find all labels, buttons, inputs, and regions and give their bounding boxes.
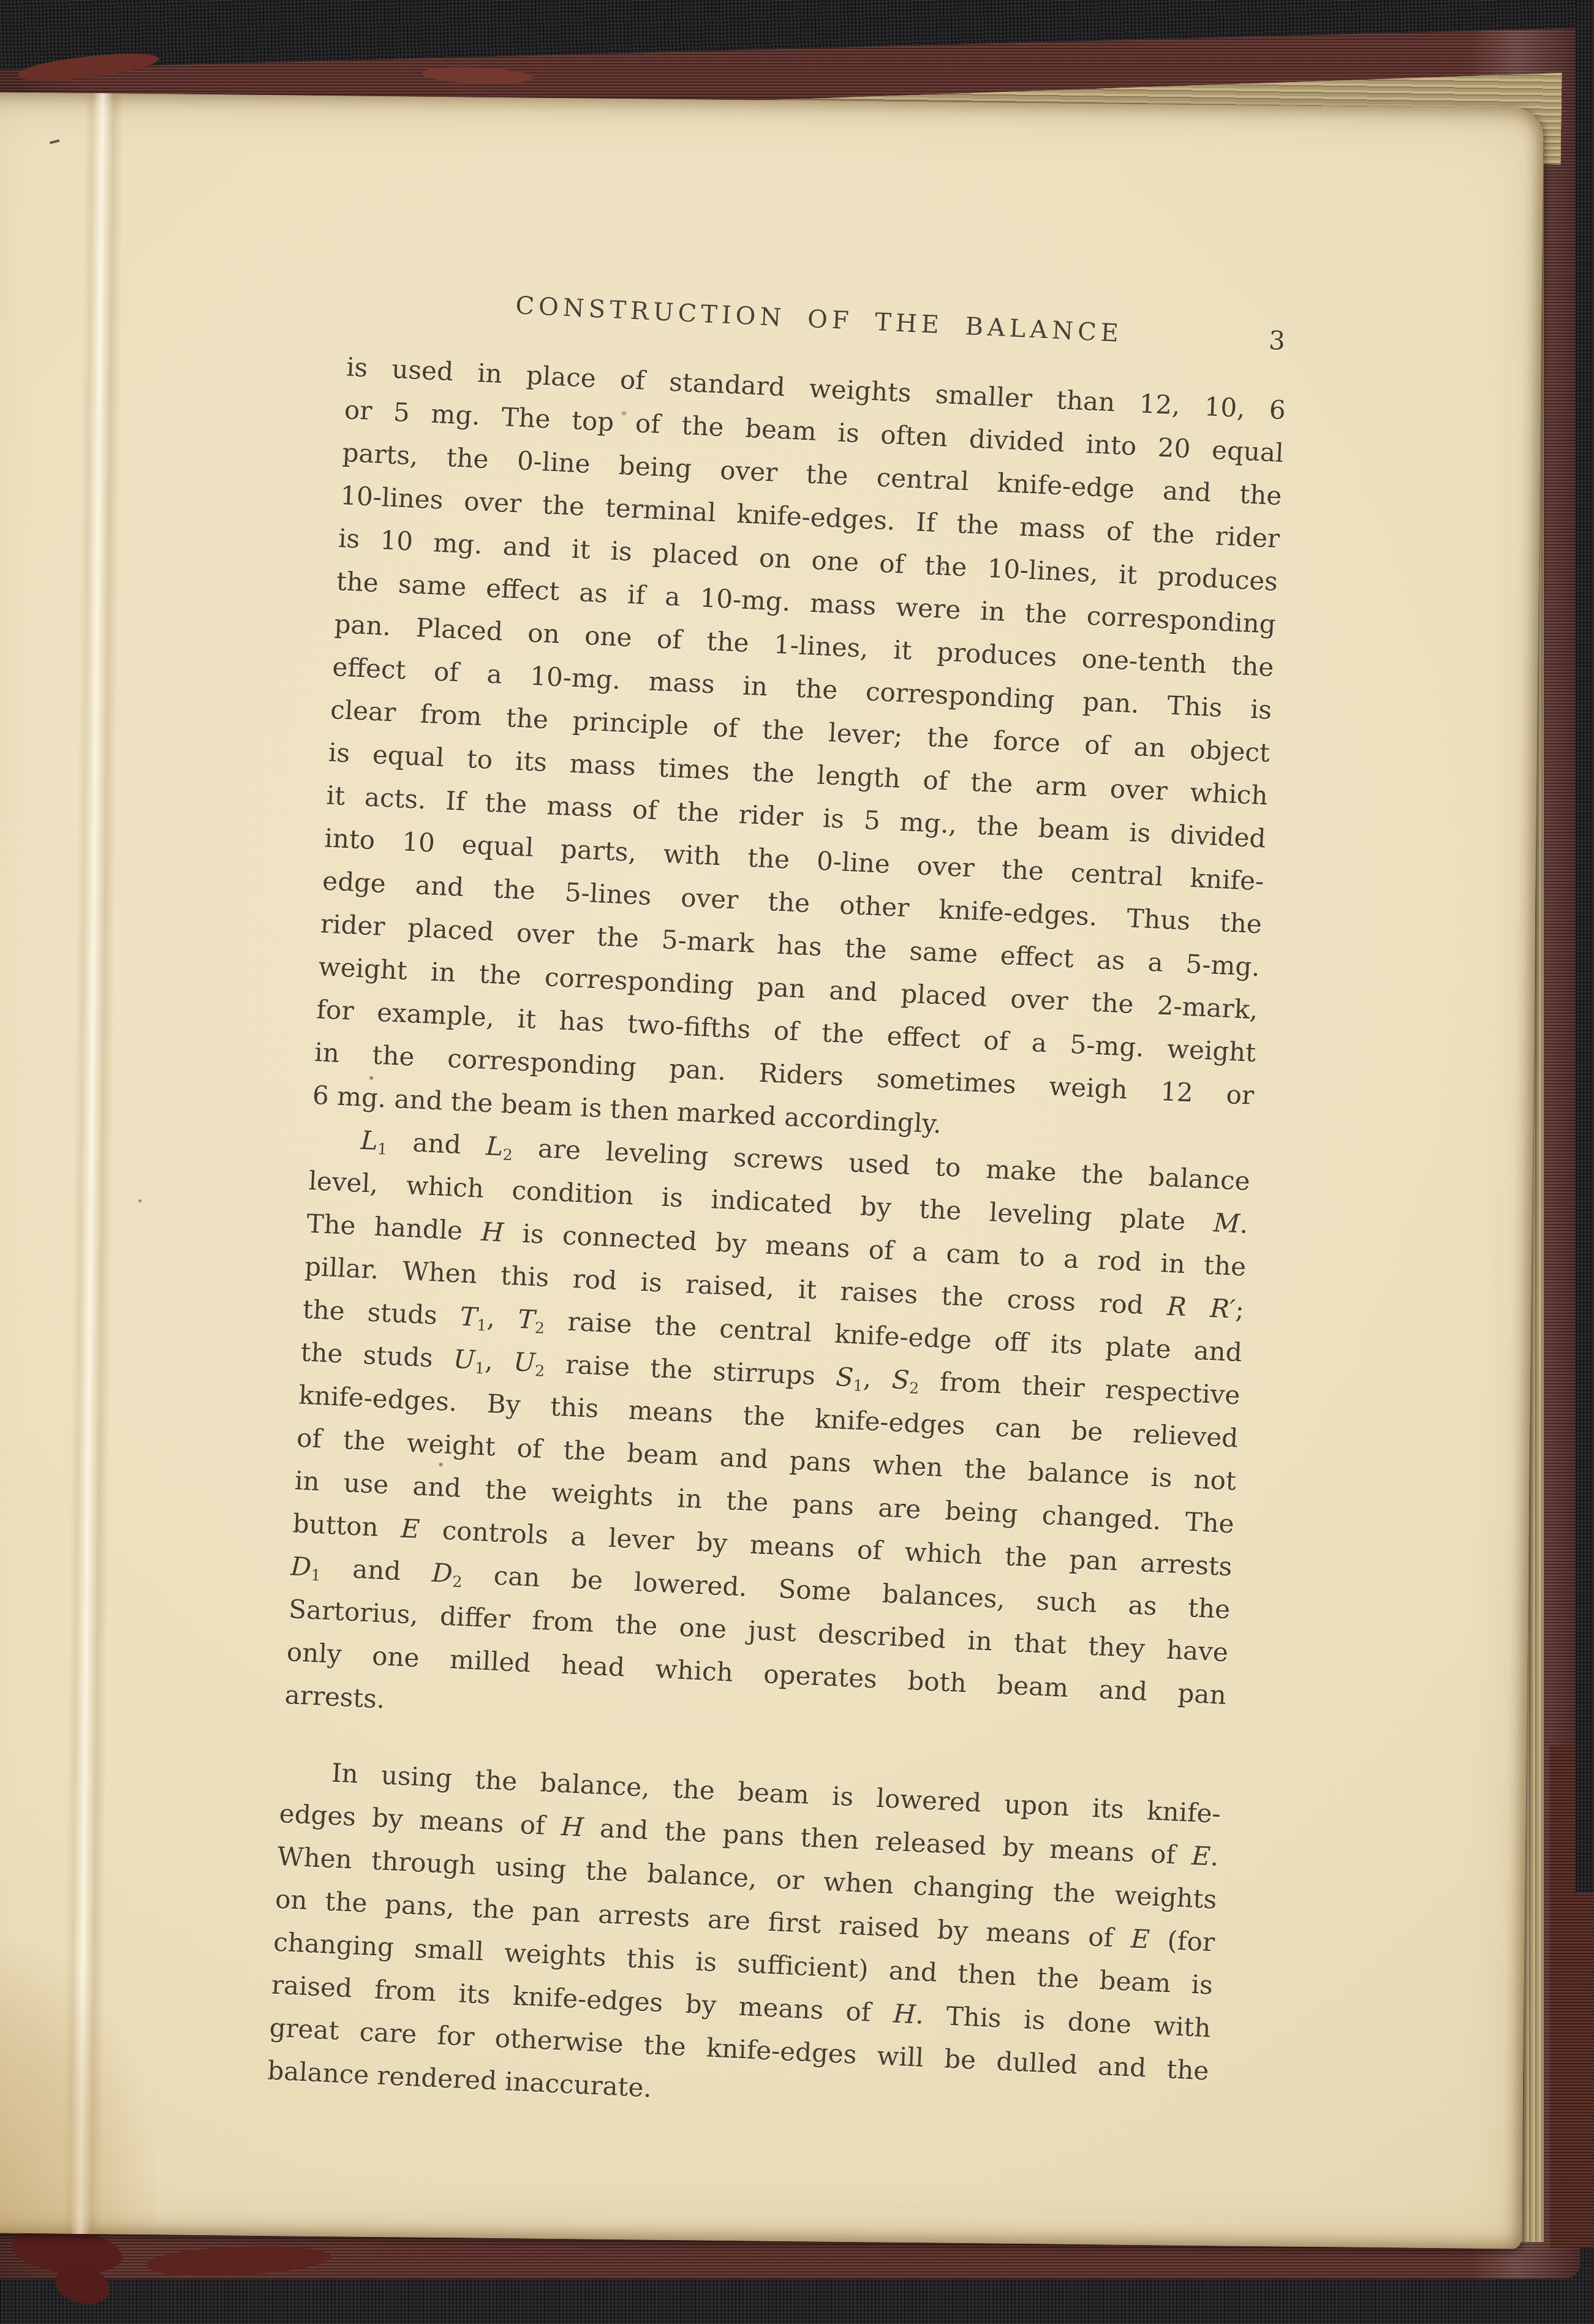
book-scan: { "page": { "header": { "title": "CONSTR… bbox=[0, 0, 1594, 2324]
page-header: CONSTRUCTION OF THE BALANCE 3 bbox=[349, 281, 1290, 358]
book-page: CONSTRUCTION OF THE BALANCE 3 is used in… bbox=[0, 92, 1544, 2249]
paragraph: is used in place of standard weights sma… bbox=[312, 345, 1287, 1160]
text-block: CONSTRUCTION OF THE BALANCE 3 is used in… bbox=[266, 281, 1290, 2135]
page-number: 3 bbox=[1268, 323, 1286, 358]
cloth-cover-right-band bbox=[1576, 0, 1594, 1893]
dust-speck bbox=[138, 1199, 142, 1202]
running-title: CONSTRUCTION OF THE BALANCE bbox=[349, 281, 1290, 358]
paper-stain bbox=[0, 1942, 158, 2235]
paragraph: In using the balance, the beam is lowere… bbox=[266, 1749, 1222, 2135]
paragraphs: is used in place of standard weights sma… bbox=[266, 345, 1286, 2135]
edge-mark bbox=[50, 139, 59, 144]
paragraph: L1 and L2 are leveling screws used to ma… bbox=[284, 1117, 1251, 1760]
gutter-crease bbox=[62, 93, 124, 2234]
